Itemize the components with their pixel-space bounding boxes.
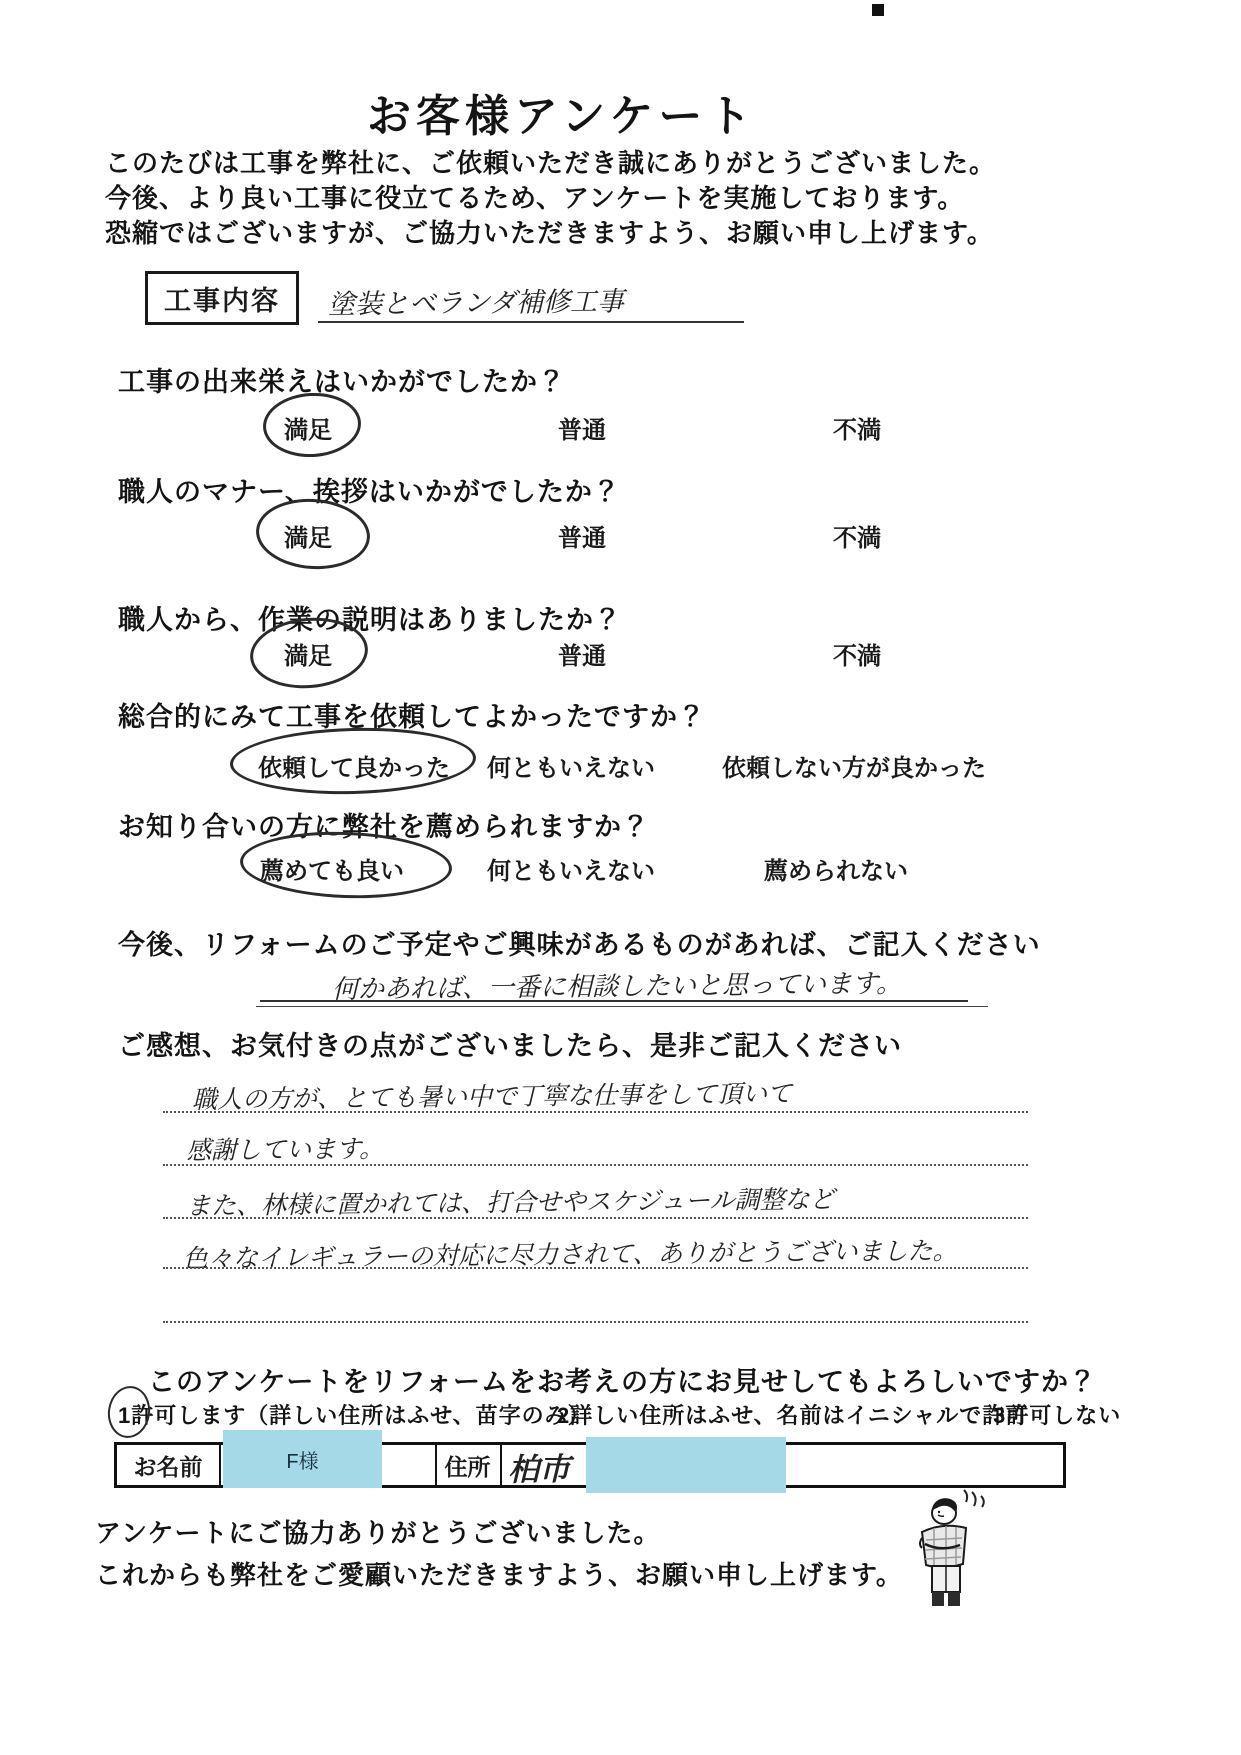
feedback-rule-3 [163, 1187, 1028, 1219]
selection-circle [229, 725, 477, 797]
future-plans-heading: 今後、リフォームのご予定やご興味があるものがあれば、ご記入ください [118, 923, 1041, 962]
question-4-text: 総合的にみて工事を依頼してよかったですか？ [118, 695, 706, 734]
permission-option-3: 3許可しない [993, 1399, 1121, 1430]
permission-option-2: 2詳しい住所はふせ、名前はイニシャルで許可 [557, 1399, 1028, 1430]
bowing-person-illustration [898, 1488, 1006, 1610]
answer-option: 何ともいえない [487, 851, 655, 886]
construction-answer-underline [318, 290, 744, 323]
name-redaction-box: F様 [223, 1430, 382, 1488]
scan-artifact [872, 4, 884, 16]
name-label-cell: お名前 [117, 1445, 221, 1485]
motion-lines-icon [964, 1490, 984, 1507]
survey-form: お客様アンケート このたびは工事を弊社に、ご依頼いただき誠にありがとうございまし… [0, 0, 1241, 1755]
answer-option: 不満 [833, 518, 881, 553]
construction-label-box: 工事内容 [145, 271, 299, 325]
answer-option: 普通 [558, 410, 606, 445]
future-answer-underline-2 [256, 976, 988, 1007]
answer-option: 不満 [833, 636, 881, 671]
selection-circle [105, 1383, 154, 1440]
feedback-rule-5 [163, 1291, 1028, 1323]
address-redaction-box [586, 1437, 786, 1493]
feedback-rule-4 [163, 1237, 1028, 1269]
permission-heading: このアンケートをリフォームをお考えの方にお見せしてもよろしいですか？ [148, 1360, 1097, 1399]
closing-line-1: アンケートにご協力ありがとうございました。 [95, 1516, 660, 1551]
question-1-text: 工事の出来栄えはいかがでしたか？ [118, 360, 566, 399]
answer-option: 普通 [558, 636, 606, 671]
answer-option: 何ともいえない [487, 748, 655, 783]
question-2-text: 職人のマナー、挨拶はいかがでしたか？ [118, 470, 621, 509]
intro-line-1: このたびは工事を弊社に、ご依頼いただき誠にありがとうございました。 [105, 146, 996, 181]
feedback-heading: ご感想、お気付きの点がございましたら、是非ご記入ください [118, 1024, 902, 1063]
selection-circle [261, 390, 362, 459]
feedback-rule-1 [163, 1081, 1028, 1113]
permission-option-1: 1許可します（詳しい住所はふせ、苗字のみ） [118, 1399, 591, 1430]
intro-line-2: 今後、より良い工事に役立てるため、アンケートを実施しております。 [105, 181, 996, 216]
intro-paragraph: このたびは工事を弊社に、ご依頼いただき誠にありがとうございました。 今後、より良… [105, 146, 996, 251]
feedback-rule-2 [163, 1134, 1028, 1166]
closing-line-2: これからも弊社をご愛顧いただきますよう、お願い申し上げます。 [95, 1558, 903, 1593]
page-title: お客様アンケート [367, 80, 756, 144]
address-handwriting: 柏市 [508, 1444, 570, 1490]
answer-option: 不満 [833, 410, 881, 445]
address-label-cell: 住所 [435, 1445, 502, 1485]
answer-option: 薦められない [764, 851, 908, 886]
question-3-text: 職人から、作業の説明はありましたか？ [118, 598, 622, 637]
name-value: F様 [286, 1445, 318, 1474]
intro-line-3: 恐縮ではございますが、ご協力いただきますよう、お願い申し上げます。 [105, 216, 996, 251]
answer-option: 普通 [558, 518, 606, 553]
answer-option: 依頼しない方が良かった [722, 748, 986, 783]
